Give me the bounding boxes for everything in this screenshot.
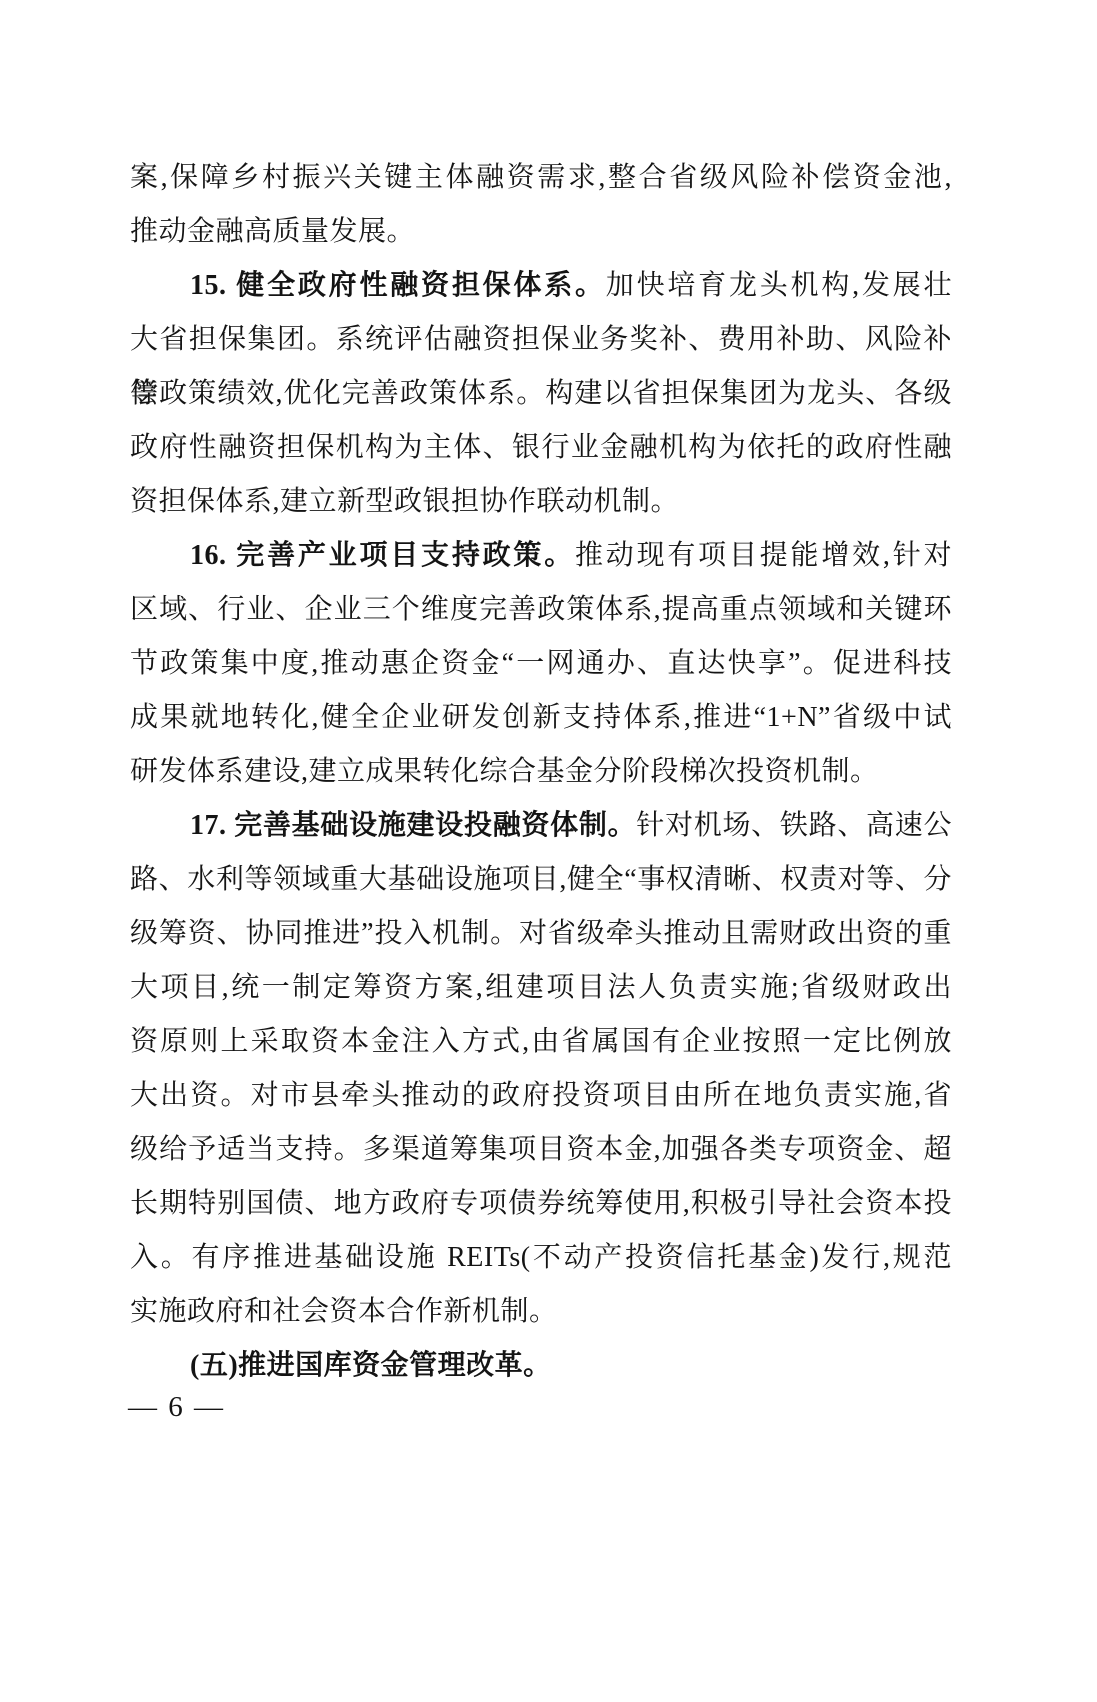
text-line: 级给予适当支持。多渠道筹集项目资本金,加强各类专项资金、超	[130, 1123, 952, 1177]
line-text: 入。有序推进基础设施 REITs(不动产投资信托基金)发行,规范	[130, 1242, 952, 1273]
line-text: 实施政府和社会资本合作新机制。	[130, 1296, 558, 1327]
item-heading: (五)推进国库资金管理改革。	[190, 1350, 552, 1381]
line-text: 级给予适当支持。多渠道筹集项目资本金,加强各类专项资金、超	[130, 1134, 952, 1165]
line-text: 路、水利等领域重大基础设施项目,健全“事权清晰、权责对等、分	[130, 864, 952, 895]
text-line: 16. 完善产业项目支持政策。推动现有项目提能增效,针对	[130, 529, 952, 583]
line-text: 等政策绩效,优化完善政策体系。构建以省担保集团为龙头、各级	[130, 378, 952, 409]
line-text: 加快培育龙头机构,发展壮	[606, 270, 952, 301]
line-text: 政府性融资担保机构为主体、银行业金融机构为依托的政府性融	[130, 432, 952, 463]
text-line: 17. 完善基础设施建设投融资体制。针对机场、铁路、高速公	[130, 799, 952, 853]
line-text: 推动现有项目提能增效,针对	[575, 540, 952, 571]
text-line: 资担保体系,建立新型政银担协作联动机制。	[130, 475, 952, 529]
line-text: 区域、行业、企业三个维度完善政策体系,提高重点领域和关键环	[130, 594, 952, 625]
line-text: 资担保体系,建立新型政银担协作联动机制。	[130, 486, 679, 517]
line-text: 推动金融高质量发展。	[130, 216, 415, 247]
document-body: 案,保障乡村振兴关键主体融资需求,整合省级风险补偿资金池,推动金融高质量发展。1…	[130, 151, 952, 1393]
text-line: 大项目,统一制定筹资方案,组建项目法人负责实施;省级财政出	[130, 961, 952, 1015]
text-line: 级筹资、协同推进”投入机制。对省级牵头推动且需财政出资的重	[130, 907, 952, 961]
line-text: 针对机场、铁路、高速公	[636, 810, 952, 841]
text-line: 路、水利等领域重大基础设施项目,健全“事权清晰、权责对等、分	[130, 853, 952, 907]
text-line: 案,保障乡村振兴关键主体融资需求,整合省级风险补偿资金池,	[130, 151, 952, 205]
text-line: 长期特别国债、地方政府专项债券统筹使用,积极引导社会资本投	[130, 1177, 952, 1231]
text-line: 成果就地转化,健全企业研发创新支持体系,推进“1+N”省级中试	[130, 691, 952, 745]
item-heading: 15. 健全政府性融资担保体系。	[190, 270, 606, 301]
text-line: 大出资。对市县牵头推动的政府投资项目由所在地负责实施,省	[130, 1069, 952, 1123]
page-number: — 6 —	[128, 1386, 225, 1428]
text-line: 大省担保集团。系统评估融资担保业务奖补、费用补助、风险补偿	[130, 313, 952, 367]
text-line: 15. 健全政府性融资担保体系。加快培育龙头机构,发展壮	[130, 259, 952, 313]
line-text: 大出资。对市县牵头推动的政府投资项目由所在地负责实施,省	[130, 1080, 952, 1111]
text-line: 节政策集中度,推动惠企资金“一网通办、直达快享”。促进科技	[130, 637, 952, 691]
text-line: 政府性融资担保机构为主体、银行业金融机构为依托的政府性融	[130, 421, 952, 475]
line-text: 级筹资、协同推进”投入机制。对省级牵头推动且需财政出资的重	[130, 918, 952, 949]
text-line: 区域、行业、企业三个维度完善政策体系,提高重点领域和关键环	[130, 583, 952, 637]
line-text: 大项目,统一制定筹资方案,组建项目法人负责实施;省级财政出	[130, 972, 952, 1003]
text-line: 入。有序推进基础设施 REITs(不动产投资信托基金)发行,规范	[130, 1231, 952, 1285]
line-text: 资原则上采取资本金注入方式,由省属国有企业按照一定比例放	[130, 1026, 952, 1057]
line-text: 案,保障乡村振兴关键主体融资需求,整合省级风险补偿资金池,	[130, 162, 952, 193]
text-line: 资原则上采取资本金注入方式,由省属国有企业按照一定比例放	[130, 1015, 952, 1069]
item-heading: 17. 完善基础设施建设投融资体制。	[190, 810, 636, 841]
item-heading: 16. 完善产业项目支持政策。	[190, 540, 575, 571]
text-line: 等政策绩效,优化完善政策体系。构建以省担保集团为龙头、各级	[130, 367, 952, 421]
line-text: 长期特别国债、地方政府专项债券统筹使用,积极引导社会资本投	[130, 1188, 952, 1219]
line-text: 研发体系建设,建立成果转化综合基金分阶段梯次投资机制。	[130, 756, 879, 787]
text-line: 实施政府和社会资本合作新机制。	[130, 1285, 952, 1339]
text-line: 研发体系建设,建立成果转化综合基金分阶段梯次投资机制。	[130, 745, 952, 799]
document-page: 案,保障乡村振兴关键主体融资需求,整合省级风险补偿资金池,推动金融高质量发展。1…	[0, 0, 1097, 1702]
text-line: (五)推进国库资金管理改革。	[130, 1339, 952, 1393]
line-text: 成果就地转化,健全企业研发创新支持体系,推进“1+N”省级中试	[130, 702, 952, 733]
line-text: 节政策集中度,推动惠企资金“一网通办、直达快享”。促进科技	[130, 648, 952, 679]
text-line: 推动金融高质量发展。	[130, 205, 952, 259]
